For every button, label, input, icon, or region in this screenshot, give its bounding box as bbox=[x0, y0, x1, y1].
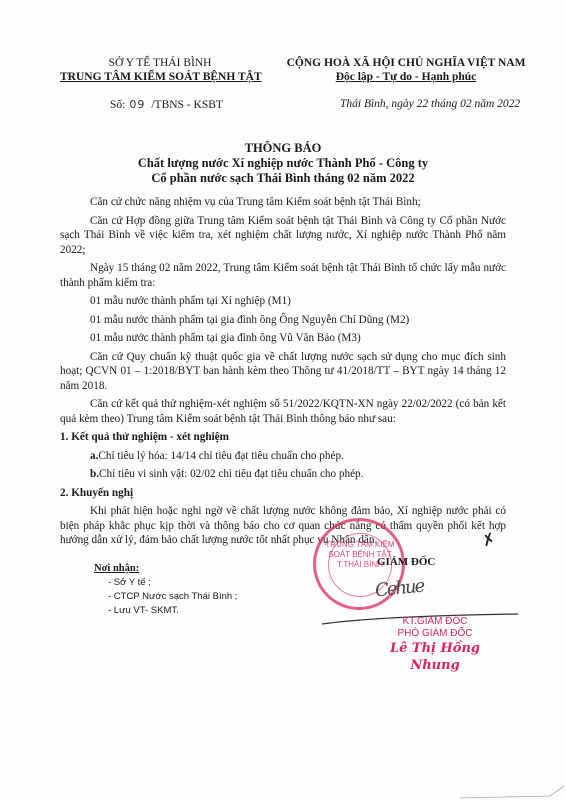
recipient-item: - CTCP Nước sạch Thái Bình ; bbox=[94, 590, 237, 604]
doc-number-prefix: Số: bbox=[110, 99, 125, 111]
result-item: a.Chỉ tiêu lý hóa: 14/14 chỉ tiêu đạt ti… bbox=[60, 449, 506, 464]
sample-item: 01 mẫu nước thành phẩm tại gia đình ông … bbox=[60, 313, 506, 328]
document-body: Căn cứ chức năng nhiệm vụ của Trung tâm … bbox=[60, 195, 506, 552]
place-and-date: Thái Bình, ngày 22 tháng 02 năm 2022 bbox=[340, 98, 520, 110]
signer-name: Lê Thị Hồng Nhung bbox=[370, 640, 500, 674]
title-line-1: THÔNG BÁO bbox=[60, 141, 506, 156]
result-item: b.Chỉ tiêu vi sinh vật: 02/02 chỉ tiêu đ… bbox=[60, 467, 506, 482]
recommendation-text: Khi phát hiện hoặc nghi ngờ về chất lượn… bbox=[60, 504, 506, 548]
national-motto: Độc lập - Tự do - Hạnh phúc bbox=[286, 70, 526, 84]
handwritten-signature: Cehue bbox=[374, 576, 424, 602]
title-line-3: Cổ phần nước sạch Thái Bình tháng 02 năm… bbox=[60, 171, 506, 186]
recipients-block: Nơi nhận: - Sở Y tế ; - CTCP Nước sạch T… bbox=[94, 562, 237, 618]
result-text: Chỉ tiêu lý hóa: 14/14 chỉ tiêu đạt tiêu… bbox=[98, 450, 343, 462]
recipient-item: - Sở Y tế ; bbox=[94, 576, 237, 590]
document-page: SỞ Y TẾ THÁI BÌNH TRUNG TÂM KIỂM SOÁT BỆ… bbox=[0, 0, 566, 800]
document-number: Số:09/TBNS - KSBT bbox=[110, 98, 223, 111]
scan-corner-mark bbox=[450, 760, 566, 800]
deputy-line-1: KT.GIÁM ĐỐC bbox=[370, 616, 500, 628]
section-heading-results: 1. Kết quả thử nghiệm - xét nghiệm bbox=[60, 430, 506, 445]
section-heading-recommendation: 2. Khuyến nghị bbox=[60, 486, 506, 501]
paragraph: Ngày 15 tháng 02 năm 2022, Trung tâm Kiể… bbox=[60, 261, 506, 290]
doc-number-suffix: /TBNS - KSBT bbox=[151, 99, 223, 111]
deputy-line-2: PHÓ GIÁM ĐỐC bbox=[370, 628, 500, 640]
title-line-2: Chất lượng nước Xí nghiệp nước Thành Phố… bbox=[60, 156, 506, 171]
organization-name: TRUNG TÂM KIỂM SOÁT BỆNH TẬT bbox=[60, 70, 260, 84]
paragraph: Căn cứ chức năng nhiệm vụ của Trung tâm … bbox=[60, 195, 506, 210]
deputy-signature-stamp: KT.GIÁM ĐỐC PHÓ GIÁM ĐỐC Lê Thị Hồng Nhu… bbox=[370, 616, 500, 674]
recipients-label: Nơi nhận: bbox=[94, 562, 237, 576]
paragraph: Căn cứ Quy chuẩn kỹ thuật quốc gia về ch… bbox=[60, 350, 506, 394]
doc-number-value: 09 bbox=[129, 98, 145, 111]
nation-title: CỘNG HOÀ XÃ HỘI CHỦ NGHĨA VIỆT NAM bbox=[286, 56, 526, 70]
sample-item: 01 mẫu nước thành phẩm tại Xí nghiệp (M1… bbox=[60, 294, 506, 309]
recipient-item: - Lưu VT- SKMT. bbox=[94, 604, 237, 618]
result-marker: b. bbox=[90, 468, 99, 480]
parent-organization: SỞ Y TẾ THÁI BÌNH bbox=[60, 56, 260, 70]
paragraph: Căn cứ Hợp đồng giữa Trung tâm Kiểm soát… bbox=[60, 214, 506, 258]
document-title: THÔNG BÁO Chất lượng nước Xí nghiệp nước… bbox=[60, 141, 506, 186]
national-header: CỘNG HOÀ XÃ HỘI CHỦ NGHĨA VIỆT NAM Độc l… bbox=[286, 56, 526, 84]
issuing-authority-header: SỞ Y TẾ THÁI BÌNH TRUNG TÂM KIỂM SOÁT BỆ… bbox=[60, 56, 260, 84]
result-text: Chỉ tiêu vi sinh vật: 02/02 chỉ tiêu đạt… bbox=[99, 468, 363, 480]
paragraph: Căn cứ kết quả thử nghiệm-xét nghiệm số … bbox=[60, 397, 506, 426]
sample-item: 01 mẫu nước thành phẩm tại gia đình ông … bbox=[60, 331, 506, 346]
signature-title: GIÁM ĐỐC bbox=[377, 556, 435, 568]
